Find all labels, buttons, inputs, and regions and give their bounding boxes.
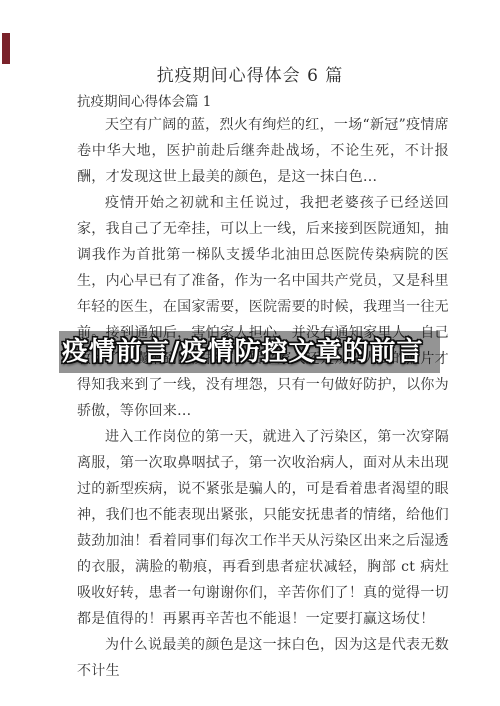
paragraph: 疫情开始之初就和主任说过，我把老婆孩子已经送回家，我自己了无牵挂，可以上一线，后… — [77, 190, 449, 424]
overlay-banner[interactable]: 疫情前言/疫情防控文章的前言 — [59, 331, 440, 373]
document-body: 天空有广阔的蓝，烈火有绚烂的红，一场“新冠”疫情席卷中华大地，医护前赴后继奔赴战… — [77, 112, 449, 684]
overlay-banner-text: 疫情前言/疫情防控文章的前言 — [59, 339, 424, 365]
document-title: 抗疫期间心得体会 6 篇 — [0, 61, 500, 86]
paragraph: 为什么说最美的颜色是这一抹白色，因为这是代表无数不计生 — [77, 632, 449, 684]
section-heading: 抗疫期间心得体会篇 1 — [77, 90, 211, 110]
document-page: 抗疫期间心得体会 6 篇 抗疫期间心得体会篇 1 天空有广阔的蓝，烈火有绚烂的红… — [0, 0, 500, 706]
paragraph: 天空有广阔的蓝，烈火有绚烂的红，一场“新冠”疫情席卷中华大地，医护前赴后继奔赴战… — [77, 112, 449, 190]
paragraph: 进入工作岗位的第一天，就进入了污染区，第一次穿隔离服，第一次取鼻咽拭子，第一次收… — [77, 424, 449, 632]
page-marker — [2, 33, 10, 64]
